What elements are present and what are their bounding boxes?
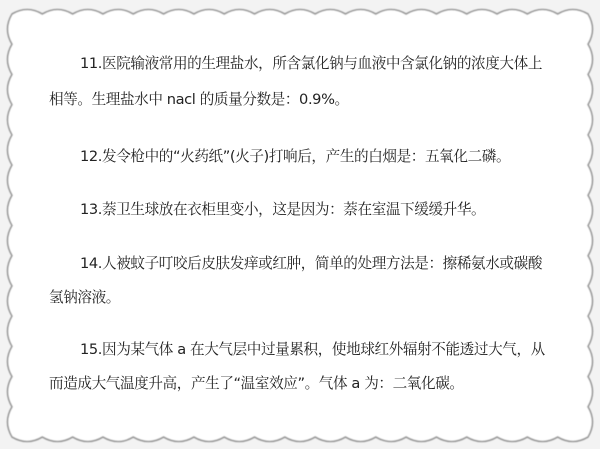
item-11-line-2: 相等。生理盐水中 nacl 的质量分数是：0.9%。 (49, 90, 349, 110)
item-14-line-2: 氢钠溶液。 (49, 288, 120, 308)
item-13-line-1: 13.萘卫生球放在衣柜里变小，这是因为：萘在室温下缓缓升华。 (80, 200, 485, 220)
document-page: 11.医院输液常用的生理盐水，所含氯化钠与血液中含氯化钠的浓度大体上 相等。生理… (0, 0, 600, 449)
item-12-line-1: 12.发令枪中的“火药纸”(火子)打响后，产生的白烟是：五氧化二磷。 (80, 147, 510, 167)
item-15-line-2: 而造成大气温度升高，产生了“温室效应”。气体 a 为：二氧化碳。 (49, 374, 464, 394)
item-14-line-1: 14.人被蚊子叮咬后皮肤发痒或红肿，简单的处理方法是：擦稀氨水或碳酸 (80, 254, 542, 274)
item-11-line-1: 11.医院输液常用的生理盐水，所含氯化钠与血液中含氯化钠的浓度大体上 (80, 54, 542, 74)
item-15-line-1: 15.因为某气体 a 在大气层中过量累积，使地球红外辐射不能透过大气，从 (80, 340, 545, 360)
